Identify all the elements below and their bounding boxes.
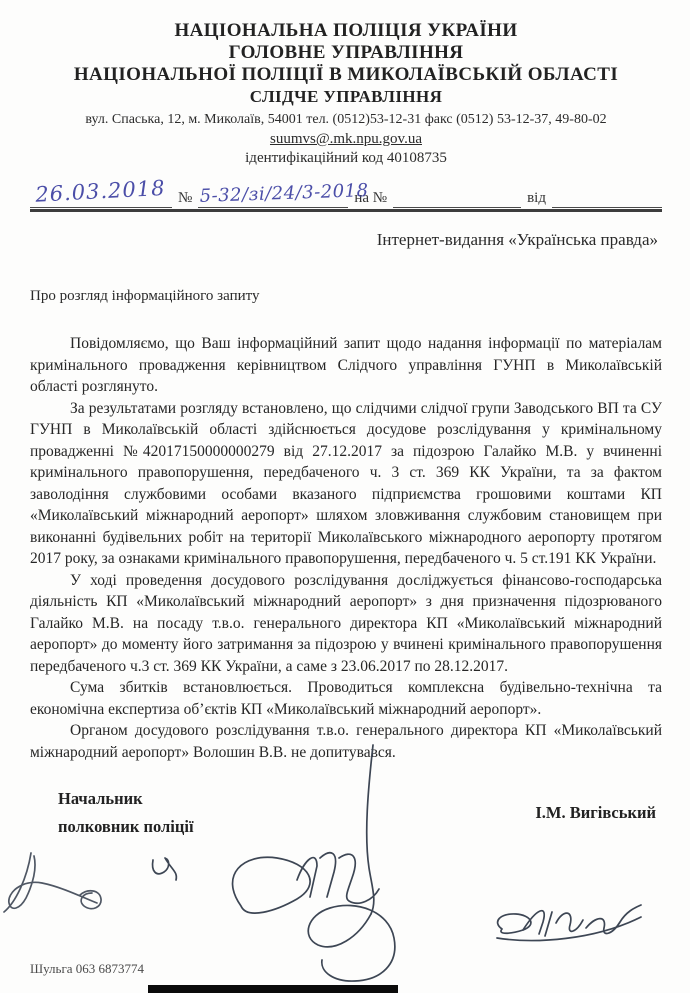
outgoing-date-blank: 26.03.2018 — [30, 182, 172, 208]
handwritten-date: 26.03.2018 — [29, 176, 166, 207]
scanned-letter-page: НАЦІОНАЛЬНА ПОЛІЦІЯ УКРАЇНИ ГОЛОВНЕ УПРА… — [0, 0, 690, 993]
subject-line: Про розгляд інформаційного запиту — [30, 288, 662, 305]
from-date-label: від — [521, 190, 552, 208]
org-name-line2: ГОЛОВНЕ УПРАВЛІННЯ — [30, 42, 662, 64]
org-name-line1: НАЦІОНАЛЬНА ПОЛІЦІЯ УКРАЇНИ — [30, 20, 662, 42]
org-id-code: ідентифікаційний код 40108735 — [30, 149, 662, 168]
in-reply-number-blank — [393, 182, 521, 208]
body-paragraph: У ході проведення досудового розслідуван… — [30, 570, 662, 678]
letterhead: НАЦІОНАЛЬНА ПОЛІЦІЯ УКРАЇНИ ГОЛОВНЕ УПРА… — [30, 20, 662, 168]
org-address: вул. Спаська, 12, м. Миколаїв, 54001 тел… — [30, 110, 662, 130]
body-paragraph: Повідомляємо, що Ваш інформаційний запит… — [30, 333, 662, 398]
signer-name-block: І.М. Вигівський — [535, 789, 656, 837]
org-name-line4: СЛІДЧЕ УПРАВЛІННЯ — [30, 86, 662, 108]
signer-rank: полковник поліції — [58, 817, 194, 837]
scan-artifact-bar — [148, 985, 398, 993]
signer-position: Начальник — [58, 789, 194, 809]
org-email: suumvs@.mk.npu.gov.ua — [30, 130, 662, 149]
reference-row: 26.03.2018 № 5-32/зі/24/3-2018 на № від — [30, 182, 662, 208]
from-date-blank — [552, 182, 662, 208]
body-paragraph: Органом досудового розслідування т.в.о. … — [30, 720, 662, 763]
executor-contact: Шульга 063 6873774 — [30, 961, 144, 977]
position-flourish — [153, 858, 177, 880]
signer-name: І.М. Вигівський — [535, 803, 656, 823]
handwritten-number: 5-32/зі/24/3-2018 — [198, 180, 370, 207]
number-sign-label: № — [172, 190, 198, 208]
recipient: Інтернет-видання «Українська правда» — [30, 230, 662, 250]
letterhead-divider-rule — [30, 209, 662, 212]
left-approval-signature — [4, 853, 101, 912]
signature-block: Начальник полковник поліції І.М. Вигівсь… — [30, 789, 662, 837]
chief-signature — [497, 905, 641, 940]
org-name-line3: НАЦІОНАЛЬНОЇ ПОЛІЦІЇ В МИКОЛАЇВСЬКІЙ ОБЛ… — [30, 64, 662, 86]
outgoing-number-blank: 5-32/зі/24/3-2018 — [198, 182, 348, 208]
signer-position-block: Начальник полковник поліції — [58, 789, 194, 837]
letter-body: Повідомляємо, що Ваш інформаційний запит… — [30, 333, 662, 763]
body-paragraph: Сума збитків встановлюється. Проводиться… — [30, 677, 662, 720]
body-paragraph: За результатами розгляду встановлено, що… — [30, 398, 662, 570]
